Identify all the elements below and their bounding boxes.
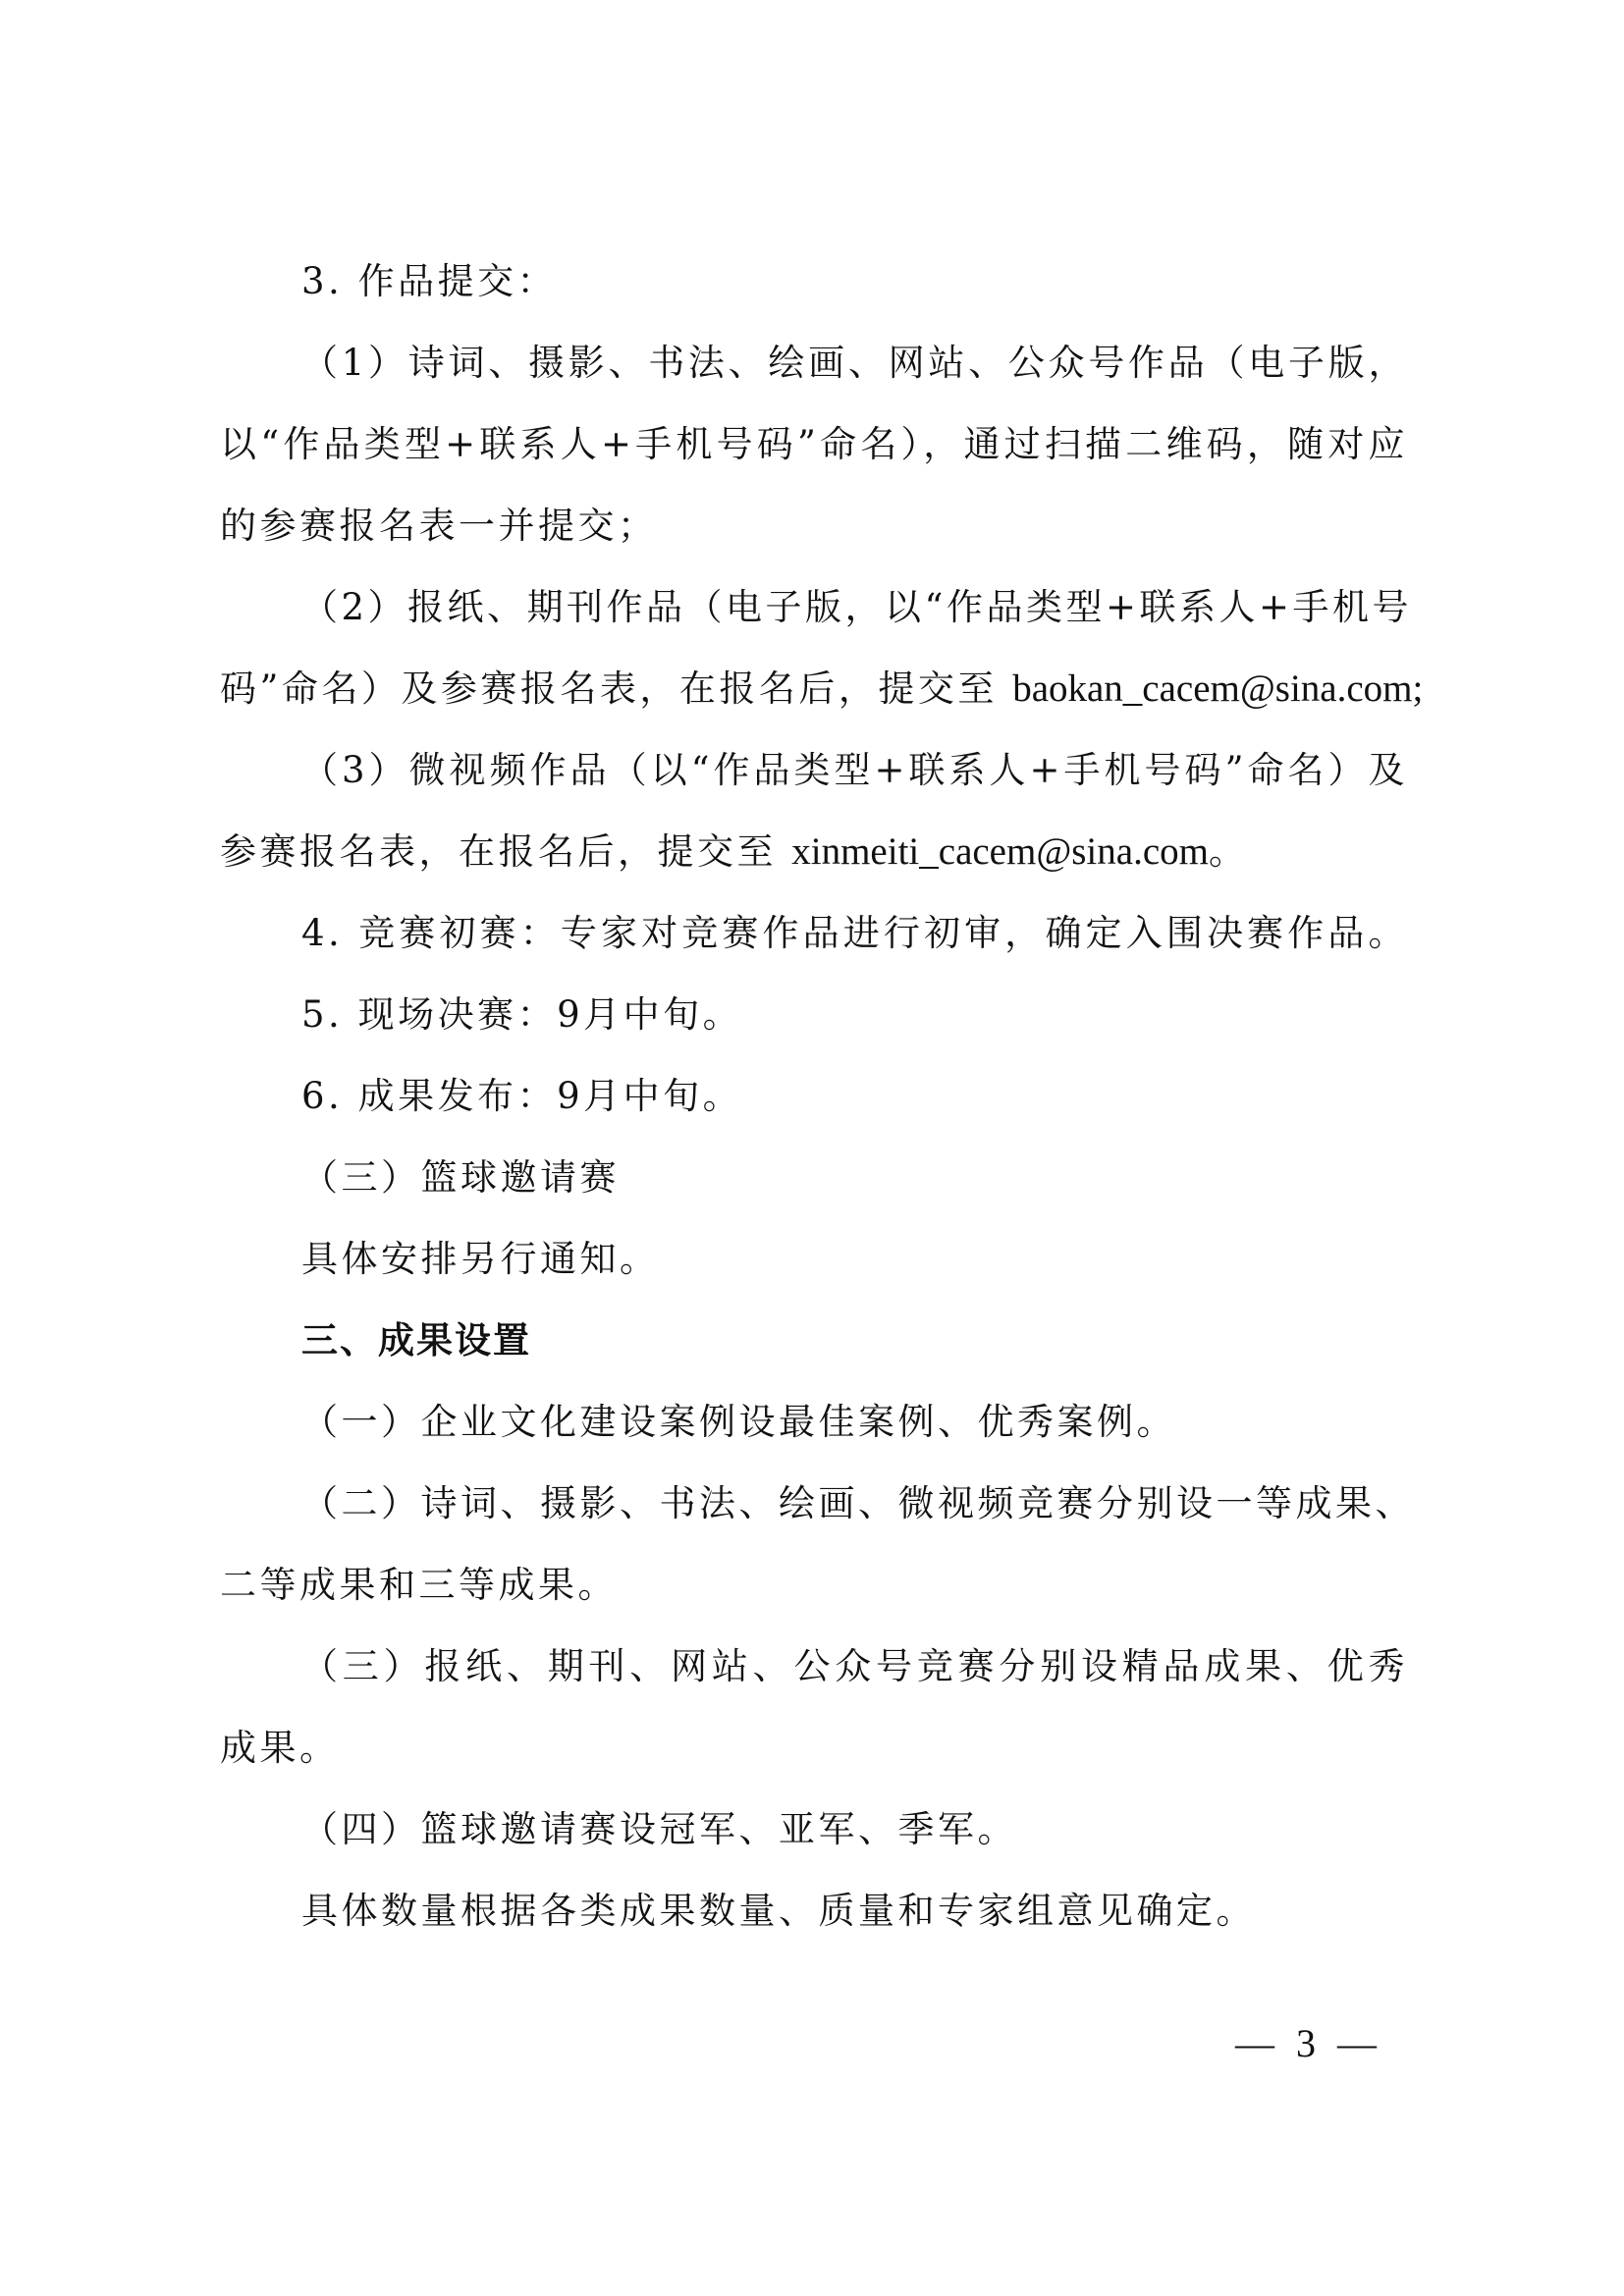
paragraph-2-text: 码”命名）及参赛报名表，在报名后，提交至 [220,667,1012,710]
paragraph-1-line-3: 的参赛报名表一并提交； [220,502,1408,551]
item-6-results: 6. 成果发布：9月中旬。 [301,1072,1408,1121]
results-item-3-line-2: 成果。 [220,1724,1408,1773]
section-3-heading: 三、成果设置 [301,1316,1408,1365]
results-item-4: （四）篮球邀请赛设冠军、亚军、季军。 [301,1805,1408,1854]
document-page: 3. 作品提交： （1）诗词、摄影、书法、绘画、网站、公众号作品（电子版， 以“… [0,0,1624,2296]
section-basketball-heading: （三）篮球邀请赛 [301,1153,1408,1202]
punctuation: ; [1413,667,1424,710]
paragraph-1-line-1: （1）诗词、摄影、书法、绘画、网站、公众号作品（电子版， [301,339,1408,388]
results-item-3-line-1: （三）报纸、期刊、网站、公众号竞赛分别设精品成果、优秀 [301,1642,1408,1691]
punctuation: 。 [1209,830,1249,873]
results-note: 具体数量根据各类成果数量、质量和专家组意见确定。 [301,1887,1408,1936]
results-item-2-line-1: （二）诗词、摄影、书法、绘画、微视频竞赛分别设一等成果、 [301,1479,1408,1528]
paragraph-2-line-2: 码”命名）及参赛报名表，在报名后，提交至 baokan_cacem@sina.c… [220,665,1408,714]
paragraph-1-line-2: 以“作品类型+联系人+手机号码”命名），通过扫描二维码，随对应 [220,420,1408,469]
item-3-submission-heading: 3. 作品提交： [301,257,1408,306]
email-link-baokan[interactable]: baokan_cacem@sina.com [1012,667,1412,710]
item-4-preliminary: 4. 竞赛初赛：专家对竞赛作品进行初审，确定入围决赛作品。 [301,909,1408,958]
page-number: — 3 — [1235,2020,1382,2066]
paragraph-3-line-2: 参赛报名表，在报名后，提交至 xinmeiti_cacem@sina.com。 [220,828,1408,877]
item-5-final: 5. 现场决赛：9月中旬。 [301,990,1408,1040]
email-link-xinmeiti[interactable]: xinmeiti_cacem@sina.com [791,830,1209,873]
results-item-1: （一）企业文化建设案例设最佳案例、优秀案例。 [301,1398,1408,1447]
paragraph-3-line-1: （3）微视频作品（以“作品类型+联系人+手机号码”命名）及 [301,746,1408,795]
basketball-notice: 具体安排另行通知。 [301,1235,1408,1284]
paragraph-2-line-1: （2）报纸、期刊作品（电子版，以“作品类型+联系人+手机号 [301,583,1408,632]
paragraph-3-text: 参赛报名表，在报名后，提交至 [220,830,791,873]
results-item-2-line-2: 二等成果和三等成果。 [220,1561,1408,1610]
